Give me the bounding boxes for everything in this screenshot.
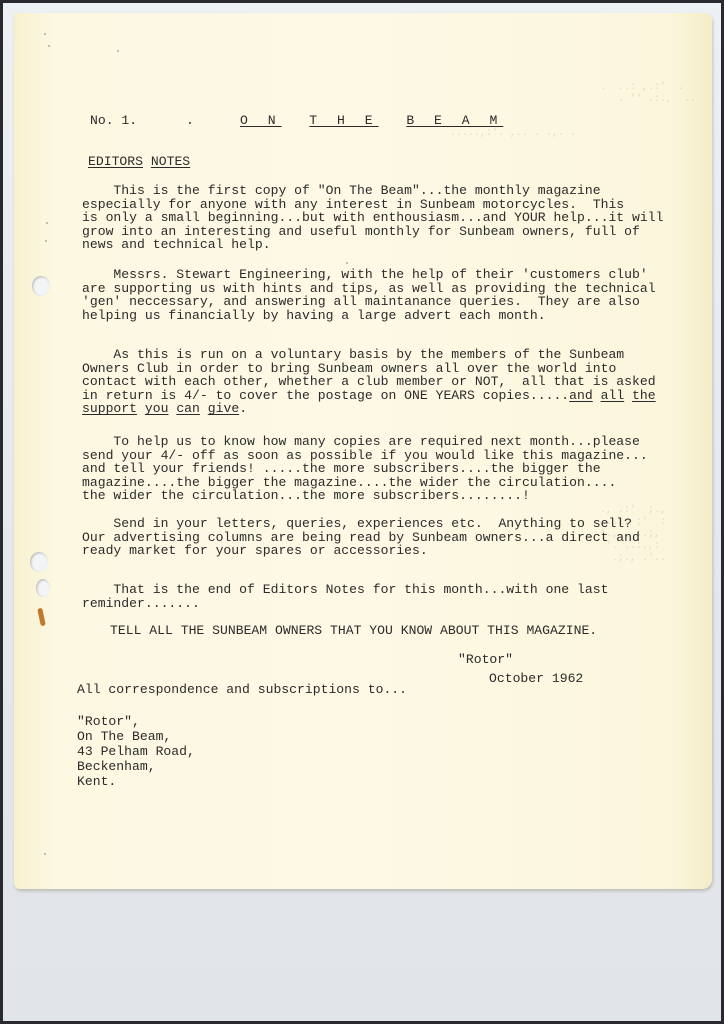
masthead-word: T H E <box>309 113 378 128</box>
text-line: and tell your friends! .....the more sub… <box>82 462 662 476</box>
signature: "Rotor" <box>458 653 513 667</box>
paragraph-copies-request: To help us to know how many copies are r… <box>82 435 662 503</box>
text-line: To help us to know how many copies are r… <box>82 435 662 449</box>
text-line: news and technical help. <box>82 238 662 252</box>
text-line: As this is run on a voluntary basis by t… <box>82 348 662 362</box>
bleed-through-marks: . ..: ,.:' . . '' .:., .. <box>600 82 696 106</box>
underlined-word: all <box>601 388 625 403</box>
heading-word: NOTES <box>151 154 190 169</box>
masthead-word: B E A M <box>406 113 503 128</box>
address-line: "Rotor", <box>77 714 195 729</box>
text-line: Send in your letters, queries, experienc… <box>82 517 662 531</box>
text-line: contact with each other, whether a club … <box>82 375 662 389</box>
text-line: the wider the circulation...the more sub… <box>82 489 662 503</box>
underlined-word: give <box>208 401 239 416</box>
heading-word: EDITORS <box>88 154 143 169</box>
text-line: 'gen' neccessary, and answering all main… <box>82 295 662 309</box>
masthead-word: O N <box>240 113 282 128</box>
speck <box>346 262 348 264</box>
text-line: are supporting us with hints and tips, a… <box>82 282 662 296</box>
closing-statement: TELL ALL THE SUNBEAM OWNERS THAT YOU KNO… <box>110 624 597 638</box>
speck <box>46 222 48 224</box>
speck-dot: . <box>186 114 194 128</box>
text-line: This is the first copy of "On The Beam".… <box>82 184 662 198</box>
text-line: magazine....the bigger the magazine....t… <box>82 476 662 490</box>
paragraph-subscription: As this is run on a voluntary basis by t… <box>82 348 662 416</box>
section-heading: EDITORS NOTES <box>88 155 190 169</box>
text-line: support you can give. <box>82 402 662 416</box>
text-line: ready market for your spares or accessor… <box>82 544 662 558</box>
text-line: grow into an interesting and useful mont… <box>82 225 662 239</box>
issue-date: October 1962 <box>489 672 583 686</box>
text-line: especially for anyone with any interest … <box>82 198 662 212</box>
underlined-word: can <box>176 401 200 416</box>
punch-hole-top <box>32 276 50 296</box>
address-line: 43 Pelham Road, <box>77 744 195 759</box>
address-line: On The Beam, <box>77 729 195 744</box>
underlined-word: the <box>632 388 656 403</box>
bleed-through-marks: .....,:'. ,.. . .,. . <box>450 128 576 140</box>
paragraph-sponsor: Messrs. Stewart Engineering, with the he… <box>82 268 662 322</box>
text-line: Messrs. Stewart Engineering, with the he… <box>82 268 662 282</box>
speck <box>44 853 46 855</box>
punch-hole-middle <box>30 552 48 572</box>
speck <box>45 240 47 242</box>
text-line: helping us financially by having a large… <box>82 309 662 323</box>
paragraph-introduction: This is the first copy of "On The Beam".… <box>82 184 662 252</box>
address-line: Beckenham, <box>77 759 195 774</box>
postal-address: "Rotor",On The Beam,43 Pelham Road,Becke… <box>77 714 195 789</box>
paragraph-reminder: That is the end of Editors Notes for thi… <box>82 583 662 610</box>
text-line: send your 4/- off as soon as possible if… <box>82 449 662 463</box>
text-line: Our advertising columns are being read b… <box>82 531 662 545</box>
punch-hole-torn <box>36 579 50 597</box>
issue-number: No. 1. <box>90 114 137 128</box>
text-fragment: . <box>239 401 247 416</box>
text-line: Owners Club in order to bring Sunbeam ow… <box>82 362 662 376</box>
address-line: Kent. <box>77 774 195 789</box>
speck <box>117 50 119 52</box>
speck <box>48 45 50 47</box>
speck <box>44 33 46 35</box>
paragraph-letters: Send in your letters, queries, experienc… <box>82 517 662 558</box>
text-line: is only a small beginning...but with ent… <box>82 211 662 225</box>
masthead-title: O N T H E B E A M <box>240 114 503 128</box>
text-line: in return is 4/- to cover the postage on… <box>82 389 662 403</box>
underlined-word: and <box>569 388 593 403</box>
text-line: reminder....... <box>82 597 662 611</box>
text-line: That is the end of Editors Notes for thi… <box>82 583 662 597</box>
underlined-word: support <box>82 401 137 416</box>
underlined-word: you <box>145 401 169 416</box>
correspondence-line: All correspondence and subscriptions to.… <box>77 683 407 697</box>
